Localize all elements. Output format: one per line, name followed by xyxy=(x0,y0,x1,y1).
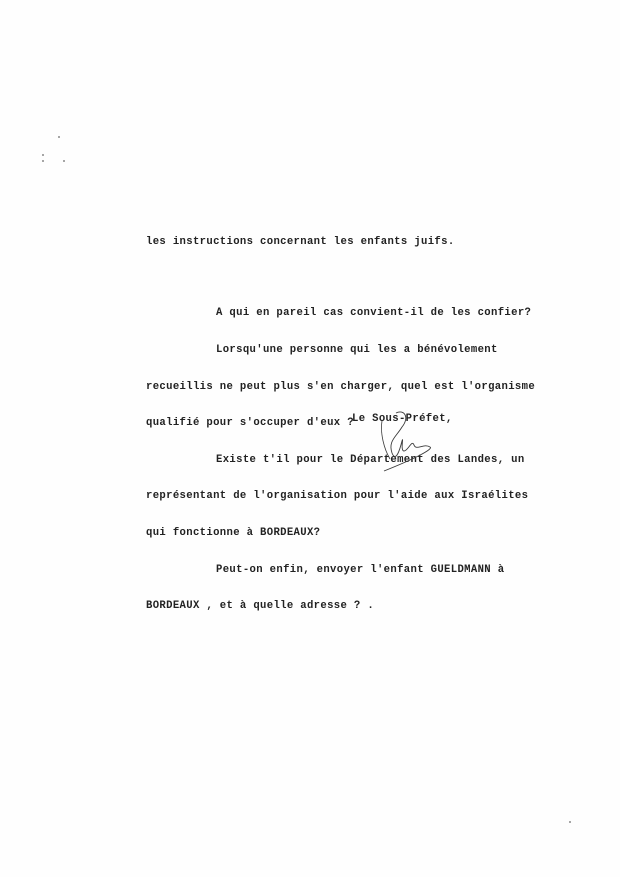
handwritten-signature-icon xyxy=(374,409,454,479)
body-line: Lorsqu'une personne qui les a bénévoleme… xyxy=(146,344,535,356)
body-line: A qui en pareil cas convient-il de les c… xyxy=(146,307,535,319)
paper-speck xyxy=(42,160,44,162)
body-line: Peut-on enfin, envoyer l'enfant GUELDMAN… xyxy=(146,564,535,576)
paper-speck xyxy=(569,821,571,823)
body-line: BORDEAUX , et à quelle adresse ? . xyxy=(146,600,535,612)
body-line: qui fonctionne à BORDEAUX? xyxy=(146,527,535,539)
paper-speck xyxy=(63,160,65,162)
paper-speck xyxy=(42,154,44,156)
body-line: Existe t'il pour le Département des Land… xyxy=(146,454,535,466)
paper-speck xyxy=(58,136,60,138)
body-line: représentant de l'organisation pour l'ai… xyxy=(146,490,535,502)
letter-body: les instructions concernant les enfants … xyxy=(146,212,535,637)
document-page: les instructions concernant les enfants … xyxy=(0,0,620,877)
body-line: qualifié pour s'occuper d'eux ? xyxy=(146,417,535,429)
body-line: les instructions concernant les enfants … xyxy=(146,236,535,248)
signature-block: Le Sous-Préfet, xyxy=(352,413,453,425)
body-line: recueillis ne peut plus s'en charger, qu… xyxy=(146,381,535,393)
